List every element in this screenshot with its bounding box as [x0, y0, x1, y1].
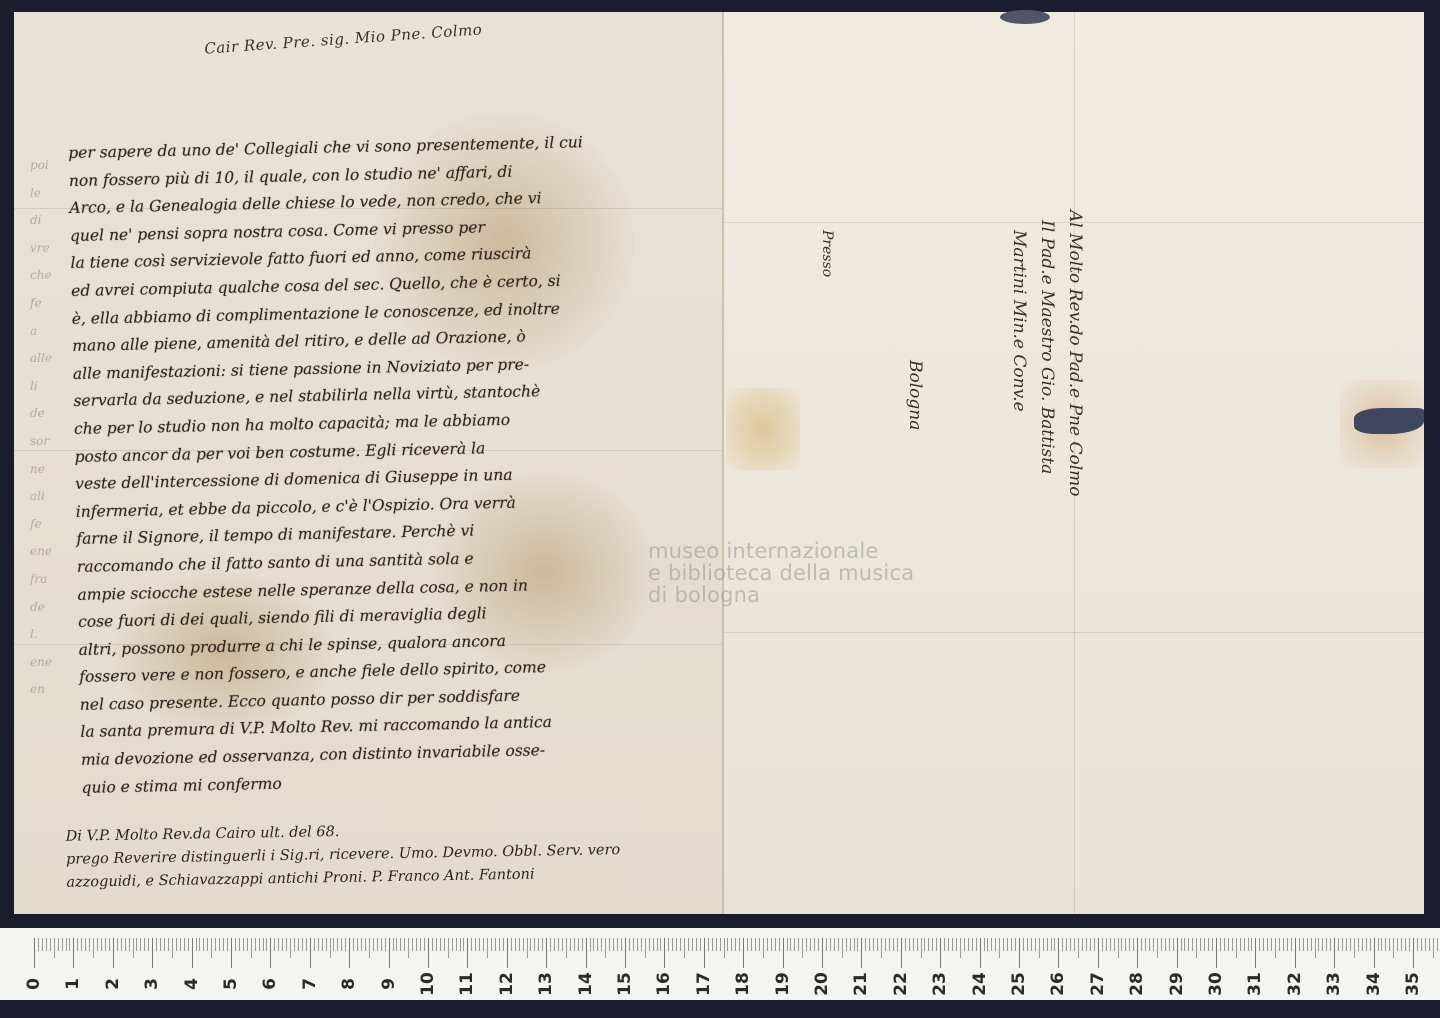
bleed-word: ne [30, 456, 72, 484]
ruler-tick [1157, 938, 1158, 958]
ruler-label: 13 [536, 969, 556, 999]
ruler-tick [172, 938, 173, 958]
ruler-tick [456, 938, 457, 951]
ruler-tick [1173, 938, 1174, 951]
ruler-label: 35 [1403, 969, 1423, 999]
ruler-tick [850, 938, 851, 951]
ruler-tick [562, 938, 563, 951]
ruler-tick [1240, 938, 1241, 951]
seal-tear-hole [1354, 408, 1424, 434]
ruler-tick [1145, 938, 1146, 951]
ruler-tick [802, 938, 803, 958]
ruler-tick [984, 938, 985, 951]
paper-tear [1000, 10, 1050, 24]
ruler-label: 22 [891, 969, 911, 999]
ruler-label: 4 [182, 969, 202, 999]
ruler-label: 8 [339, 969, 359, 999]
ruler-tick [1248, 938, 1249, 951]
ruler-tick [211, 938, 212, 958]
ruler-tick [353, 938, 354, 951]
ruler-tick [771, 938, 772, 951]
ruler-tick [42, 938, 43, 951]
ruler-tick [1007, 938, 1008, 951]
ruler-tick [735, 938, 736, 951]
ruler-tick [266, 938, 267, 951]
ruler-tick [534, 938, 535, 951]
ruler-tick [54, 938, 55, 958]
ruler-tick [1389, 938, 1390, 951]
ruler-tick [865, 938, 866, 951]
measurement-ruler: 0123456789101112131415161718192021222324… [0, 928, 1440, 1000]
ruler-label: 0 [24, 969, 44, 999]
ruler-tick [1114, 938, 1115, 951]
bleed-word: di [30, 207, 72, 235]
ruler-tick [676, 938, 677, 951]
ruler-label: 26 [1048, 969, 1068, 999]
ruler-tick [1003, 938, 1004, 951]
ruler-tick [109, 938, 110, 951]
ruler-tick [936, 938, 937, 951]
ruler-tick [806, 938, 807, 951]
ruler-tick [432, 938, 433, 951]
ruler-tick [590, 938, 591, 951]
ruler-tick [779, 938, 780, 951]
ruler-tick [834, 938, 835, 951]
ruler-tick [1216, 938, 1217, 968]
ruler-tick [846, 938, 847, 951]
ruler-tick [420, 938, 421, 951]
ruler-tick [621, 938, 622, 951]
ruler-tick [759, 938, 760, 951]
ruler-tick [1318, 938, 1319, 951]
ruler-tick [1153, 938, 1154, 951]
ruler-tick [755, 938, 756, 951]
ruler-tick [578, 938, 579, 951]
ruler-tick [239, 938, 240, 951]
ruler-tick [625, 938, 626, 968]
ruler-tick [73, 938, 74, 968]
ruler-label: 17 [694, 969, 714, 999]
ruler-tick [960, 938, 961, 958]
ruler-tick [1315, 938, 1316, 958]
ruler-tick [168, 938, 169, 951]
ruler-label: 1 [63, 969, 83, 999]
ruler-tick [822, 938, 823, 968]
ruler-tick [223, 938, 224, 951]
ruler-tick [810, 938, 811, 951]
ruler-label: 25 [1009, 969, 1029, 999]
ruler-tick [743, 938, 744, 968]
ruler-tick [948, 938, 949, 951]
ruler-tick [1283, 938, 1284, 951]
letter-body: per sapere da uno de' Collegiali che vi … [68, 127, 722, 803]
ruler-tick [471, 938, 472, 951]
ruler-label: 12 [497, 969, 517, 999]
ruler-tick [1019, 938, 1020, 968]
ruler-tick [1401, 938, 1402, 951]
ruler-tick [444, 938, 445, 951]
ruler-tick [1370, 938, 1371, 951]
ruler-tick [1244, 938, 1245, 951]
ruler-tick [1409, 938, 1410, 951]
ruler-tick [704, 938, 705, 968]
bleed-word: en [30, 676, 72, 704]
wax-seal-residue [726, 388, 800, 470]
ruler-tick [136, 938, 137, 951]
ruler-tick [1311, 938, 1312, 951]
margin-bleed-through: poiledivrechefeaallelidesornealifeenefra… [30, 152, 72, 812]
ruler-tick [633, 938, 634, 951]
ruler-tick [1184, 938, 1185, 951]
ruler-tick [152, 938, 153, 968]
ruler-tick [306, 938, 307, 951]
ruler-tick [1066, 938, 1067, 951]
ruler-tick [452, 938, 453, 951]
ruler-tick [767, 938, 768, 951]
ruler-tick [613, 938, 614, 951]
ruler-tick [46, 938, 47, 951]
ruler-label: 27 [1088, 969, 1108, 999]
ruler-tick [365, 938, 366, 951]
ruler-tick [546, 938, 547, 968]
ruler-tick [775, 938, 776, 951]
ruler-tick [550, 938, 551, 951]
ruler-tick [460, 938, 461, 951]
ruler-tick [259, 938, 260, 951]
ruler-tick [1267, 938, 1268, 951]
ruler-tick [38, 938, 39, 951]
ruler-tick [1322, 938, 1323, 951]
ruler-tick [389, 938, 390, 968]
ruler-tick [751, 938, 752, 951]
ruler-tick [341, 938, 342, 951]
ruler-tick [617, 938, 618, 951]
ruler-tick [255, 938, 256, 951]
ruler-tick [787, 938, 788, 951]
ruler-tick [909, 938, 910, 951]
ruler-tick [877, 938, 878, 951]
ruler-tick [1429, 938, 1430, 951]
ruler-tick [747, 938, 748, 951]
bleed-word: alle [30, 345, 72, 373]
ruler-tick [1385, 938, 1386, 951]
ruler-tick [199, 938, 200, 951]
ruler-tick [857, 938, 858, 951]
ruler-tick [1129, 938, 1130, 951]
ruler-tick [1251, 938, 1252, 951]
ruler-tick [298, 938, 299, 951]
ruler-tick [1027, 938, 1028, 951]
ruler-tick [1102, 938, 1103, 951]
ruler-tick [1177, 938, 1178, 968]
ruler-tick [62, 938, 63, 951]
ruler-tick [511, 938, 512, 951]
ruler-tick [893, 938, 894, 951]
bleed-word: le [30, 180, 72, 208]
ruler-tick [207, 938, 208, 951]
ruler-tick [282, 938, 283, 951]
ruler-tick [1141, 938, 1142, 951]
ruler-label: 33 [1324, 969, 1344, 999]
ruler-tick [140, 938, 141, 951]
ruler-tick [838, 938, 839, 951]
ruler-tick [66, 938, 67, 951]
ruler-tick [826, 938, 827, 951]
ruler-tick [215, 938, 216, 951]
ruler-tick [192, 938, 193, 968]
ruler-tick [1118, 938, 1119, 958]
ruler-tick [416, 938, 417, 951]
address-line: Martini Min.e Conv.e [1009, 230, 1029, 412]
ruler-tick [574, 938, 575, 951]
ruler-tick [913, 938, 914, 951]
ruler-tick [196, 938, 197, 951]
ruler-tick [1181, 938, 1182, 951]
ruler-tick [1350, 938, 1351, 951]
ruler-tick [487, 938, 488, 958]
ruler-tick [101, 938, 102, 951]
ruler-label: 20 [812, 969, 832, 999]
ruler-label: 23 [930, 969, 950, 999]
ruler-tick [1051, 938, 1052, 951]
ruler-tick [235, 938, 236, 951]
ruler-tick [408, 938, 409, 958]
ruler-tick [373, 938, 374, 951]
ruler-tick [538, 938, 539, 951]
ruler-tick [1378, 938, 1379, 951]
ruler-tick [1346, 938, 1347, 951]
ruler-tick [586, 938, 587, 968]
ruler-tick [412, 938, 413, 951]
ruler-tick [58, 938, 59, 951]
ruler-tick [1342, 938, 1343, 951]
ruler-tick [263, 938, 264, 951]
ruler-tick [1086, 938, 1087, 951]
ruler-tick [333, 938, 334, 951]
ruler-tick [999, 938, 1000, 958]
ruler-tick [1212, 938, 1213, 951]
ruler-tick [1362, 938, 1363, 951]
ruler-label: 3 [142, 969, 162, 999]
ruler-tick [1393, 938, 1394, 958]
ruler-tick [731, 938, 732, 951]
ruler-tick [1078, 938, 1079, 958]
address-side-word: Bologna [905, 360, 925, 430]
ruler-tick [148, 938, 149, 951]
ruler-label: 24 [970, 969, 990, 999]
ruler-tick [318, 938, 319, 951]
ruler-tick [1070, 938, 1071, 951]
ruler-tick [290, 938, 291, 958]
ruler-tick [396, 938, 397, 951]
ruler-tick [203, 938, 204, 951]
ruler-tick [582, 938, 583, 951]
ruler-tick [720, 938, 721, 951]
address-side-word: Presso [819, 230, 835, 277]
ruler-tick [1397, 938, 1398, 951]
ruler-tick [121, 938, 122, 951]
ruler-tick [944, 938, 945, 951]
ruler-tick [1433, 938, 1434, 958]
ruler-tick [609, 938, 610, 951]
ruler-tick [712, 938, 713, 951]
ruler-tick [345, 938, 346, 951]
ruler-tick [1074, 938, 1075, 951]
bleed-word: fe [30, 511, 72, 539]
ruler-tick [69, 938, 70, 951]
ruler-tick [727, 938, 728, 951]
ruler-tick [1421, 938, 1422, 951]
ruler-tick [854, 938, 855, 951]
ruler-tick [377, 938, 378, 951]
ruler-tick [50, 938, 51, 951]
ruler-tick [463, 938, 464, 951]
ruler-tick [660, 938, 661, 951]
ruler-tick [393, 938, 394, 951]
ruler-tick [1279, 938, 1280, 951]
ruler-tick [428, 938, 429, 968]
ruler-tick [1413, 938, 1414, 968]
ruler-tick [976, 938, 977, 951]
museum-watermark: museo internazionale e biblioteca della … [648, 540, 914, 606]
ruler-tick [1405, 938, 1406, 951]
ruler-label: 31 [1245, 969, 1265, 999]
ruler-tick [519, 938, 520, 951]
ruler-tick [1374, 938, 1375, 968]
letter-signoff: Di V.P. Molto Rev.da Cairo ult. del 68.p… [65, 814, 724, 895]
ruler-tick [995, 938, 996, 951]
ruler-tick [361, 938, 362, 951]
ruler-tick [1062, 938, 1063, 951]
ruler-tick [798, 938, 799, 951]
ruler-tick [1015, 938, 1016, 951]
ruler-tick [133, 938, 134, 958]
ruler-tick [1366, 938, 1367, 951]
ruler-tick [404, 938, 405, 951]
watermark-line: museo internazionale [648, 540, 914, 562]
ruler-tick [1106, 938, 1107, 951]
ruler-tick [326, 938, 327, 951]
ruler-tick [1295, 938, 1296, 968]
ruler-tick [424, 938, 425, 951]
ruler-tick [818, 938, 819, 951]
ruler-tick [972, 938, 973, 951]
ruler-tick [1307, 938, 1308, 951]
ruler-tick [1137, 938, 1138, 968]
ruler-tick [97, 938, 98, 951]
ruler-tick [278, 938, 279, 951]
ruler-tick [527, 938, 528, 958]
ruler-tick [85, 938, 86, 951]
ruler-tick [156, 938, 157, 951]
ruler-tick [1220, 938, 1221, 951]
ruler-tick [314, 938, 315, 951]
header-salutation: Cair Rev. Pre. sig. Mio Pne. Colmo [204, 20, 483, 57]
ruler-label: 2 [103, 969, 123, 999]
ruler-label: 11 [457, 969, 477, 999]
ruler-tick [653, 938, 654, 951]
bleed-word: de [30, 594, 72, 622]
address-line: Il Pad.e Maestro Gio. Battista [1037, 220, 1057, 474]
ruler-tick [184, 938, 185, 951]
bleed-word: de [30, 400, 72, 428]
watermark-line: e biblioteca della musica [648, 562, 914, 584]
ruler-tick [369, 938, 370, 958]
letter-sheet: Cair Rev. Pre. sig. Mio Pne. Colmo poile… [14, 12, 1424, 914]
ruler-tick [251, 938, 252, 958]
ruler-tick [1228, 938, 1229, 951]
ruler-tick [1263, 938, 1264, 951]
ruler-tick [125, 938, 126, 951]
ruler-tick [1161, 938, 1162, 951]
ruler-tick [680, 938, 681, 951]
ruler-tick [337, 938, 338, 951]
ruler-tick [322, 938, 323, 951]
address-line: Al Molto Rev.do Pad.e Pne Colmo [1065, 210, 1085, 497]
ruler-tick [503, 938, 504, 951]
ruler-tick [1338, 938, 1339, 951]
watermark-line: di bologna [648, 584, 914, 606]
ruler-tick [968, 938, 969, 951]
ruler-tick [499, 938, 500, 951]
ruler-tick [1417, 938, 1418, 951]
ruler-tick [1043, 938, 1044, 951]
ruler-tick [1425, 938, 1426, 951]
ruler-tick [1200, 938, 1201, 951]
ruler-tick [231, 938, 232, 968]
ruler-tick [310, 938, 311, 968]
bleed-word: vre [30, 235, 72, 263]
ruler-tick [897, 938, 898, 951]
bleed-word: ali [30, 483, 72, 511]
ruler-label: 6 [260, 969, 280, 999]
ruler-tick [1082, 938, 1083, 951]
ruler-tick [928, 938, 929, 951]
ruler-tick [1039, 938, 1040, 958]
ruler-tick [491, 938, 492, 951]
ruler-tick [940, 938, 941, 968]
ruler-tick [763, 938, 764, 958]
ruler-tick [637, 938, 638, 951]
ruler-tick [274, 938, 275, 951]
ruler-tick [692, 938, 693, 951]
ruler-tick [649, 938, 650, 951]
bleed-word: l. [30, 621, 72, 649]
ruler-tick [724, 938, 725, 958]
ruler-tick [77, 938, 78, 951]
ruler-tick [889, 938, 890, 951]
ruler-tick [1271, 938, 1272, 951]
ruler-tick [1287, 938, 1288, 951]
ruler-tick [467, 938, 468, 968]
ruler-label: 5 [221, 969, 241, 999]
ruler-tick [684, 938, 685, 958]
ruler-tick [475, 938, 476, 951]
ruler-tick [708, 938, 709, 951]
ruler-tick [869, 938, 870, 951]
ruler-label: 29 [1167, 969, 1187, 999]
ruler-tick [164, 938, 165, 951]
ruler-tick [507, 938, 508, 968]
bleed-word: poi [30, 152, 72, 180]
ruler-tick [1098, 938, 1099, 968]
ruler-tick [1232, 938, 1233, 951]
ruler-tick [1192, 938, 1193, 951]
ruler-tick [885, 938, 886, 951]
ruler-tick [243, 938, 244, 951]
ruler-tick [1054, 938, 1055, 951]
ruler-tick [523, 938, 524, 951]
